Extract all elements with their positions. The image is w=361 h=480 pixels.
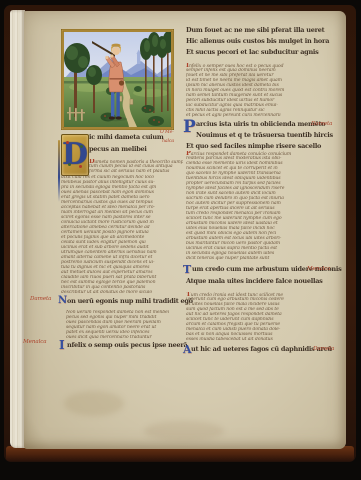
verse-text: on uerū egonis nup mihi tradidit egō [67,297,193,305]
gloss-block-e: Tum credo ironia est idest tunc scilicet… [186,292,308,342]
verse-text: Atque mala uites incidere falce nouellas [186,277,323,285]
page-fore-edge [10,10,25,448]
gloss-line: oues dicit quia mercennario traduntur [66,335,184,340]
distant-tower [137,54,140,64]
head [112,47,120,55]
verse-line: Atque mala uites incidere falce nouellas [186,278,323,285]
verse-text: ic mihi dameta cuium [89,133,164,141]
illuminated-initial-D: D [61,134,89,176]
verse-line: Et quo sed faciles nimphe risere sacello [186,143,321,150]
verse-line: arcius ista uiris tn obiicienda memēto [196,121,325,128]
verse-text: Nouimus et q te trāsuersa tuentib hircis [196,131,333,139]
verse-text: nfelix o semp ouis pecus ipse neerā [67,341,188,349]
margin-speaker-rubric: Menalca [23,340,47,346]
verse-text: Et quo sed faciles nimphe risere sacello [186,142,321,150]
flower-dot [79,165,82,168]
hand [105,56,108,59]
verse-line: nfelix o semp ouis pecus ipse neerā [67,342,188,349]
margin-speaker-rubric: Dameta [313,347,334,353]
verse-line: Nouimus et q te trāsuersa tuentib hircis [196,132,333,139]
parchment-stain [64,391,124,416]
margin-speaker-rubric: Menalca [307,267,331,273]
verse-line: Et sucus pecori et lac subducitur agnis [186,49,319,56]
verse-text: ut hic ad ueteres fagos cū daphnidis arc… [191,345,332,353]
gloss-line: describitur ut ait donatus de more sicul… [61,290,184,295]
gloss-line: forma sic ait seruius nam et plautus [89,169,183,174]
flower-dot [68,163,71,166]
belt [110,78,123,80]
shoe [109,116,115,119]
gloss-block-a-beside-initial: Dameta nomen pastoris a theocrito sump-t… [89,159,183,175]
margin-speaker-rubric: Dameta [311,122,332,128]
verse-text: pecus an melibei [89,145,147,153]
right-leg [116,89,119,117]
verse-line: on uerū egonis nup mihi tradidit egō [67,298,193,305]
verse-line: Dum fouet ac ne me sibi pferat illa uere… [186,27,324,34]
gloss-line: esses inuidia tabescebat ut ait donatus [186,337,308,342]
interlinear-speaker-rubric: O Me- [160,131,174,136]
margin-speaker-rubric: Dameta [30,297,51,303]
verse-text: Dum fouet ac ne me sibi pferat illa uere… [186,26,324,34]
gloss-block-b: Non uerum respondet dameta non est melib… [66,310,184,341]
pouch [119,80,124,85]
flower-dot [80,145,83,148]
gloss-line: dicit teneras que nuper plantate sunt [186,256,308,261]
flower-dot [66,141,69,144]
fence [67,107,85,121]
gloss-block-a: dixit cuia res et cuium negocium hoc loc… [61,175,184,296]
interlinear-speaker-rubric: nalca [162,140,174,145]
verse-initial-N: N [58,296,67,306]
verse-initial-T: T [183,264,191,275]
verse-line: ut hic ad ueteres fagos cū daphnidis arc… [191,346,332,353]
verse-text: arcius ista uiris tn obiicienda memēto [196,120,325,128]
gloss-block-c: Infelix o semper oues hoc est o pecus qu… [186,63,308,118]
initial-flourish [58,140,60,202]
parchment-stain [144,421,224,441]
verse-text: Et sucus pecori et lac subducitur agnis [186,48,319,56]
left-leg [111,89,114,117]
verse-line: pecus an melibei [89,146,147,153]
verse-line: Hic alienus ouis custos bis mulget in ho… [186,38,329,45]
verse-initial-I: I [59,339,65,351]
verse-initial-P: P [183,119,196,136]
miniature-shepherd-scene [61,29,174,130]
verse-line: ic mihi dameta cuium [89,134,164,141]
initial-letter: D [62,140,88,170]
gloss-block-d: Parcius respondet dameta conuicio conuic… [186,151,308,261]
verse-text: Hic alienus ouis custos bis mulget in ho… [186,37,329,45]
gloss-line: et pecus et agni pereunt cura mercennari… [186,113,308,118]
miniature-illustration [61,29,174,130]
